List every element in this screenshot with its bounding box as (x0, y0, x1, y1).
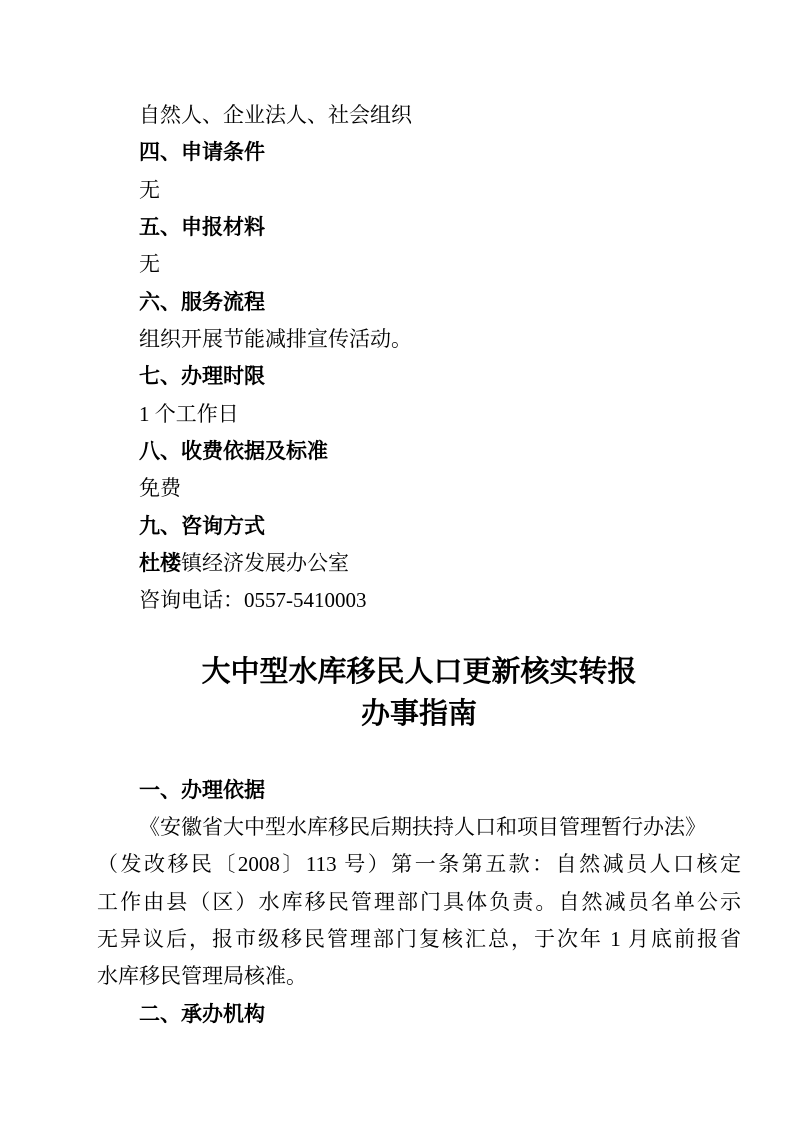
office-rest-name: 镇经济发展办公室 (181, 551, 349, 575)
value-processing-time: 1 个工作日 (97, 396, 741, 433)
value-fee-basis: 免费 (97, 470, 741, 507)
heading-handling-basis: 一、办理依据 (97, 772, 741, 809)
doc-title-line2: 办事指南 (97, 693, 741, 735)
value-application-materials: 无 (97, 246, 741, 283)
heading-fee-basis: 八、收费依据及标准 (97, 433, 741, 470)
value-consultation-phone: 咨询电话：0557-5410003 (97, 582, 741, 619)
doc-title-line1: 大中型水库移民人口更新核实转报 (97, 651, 741, 693)
line-applicant-types: 自然人、企业法人、社会组织 (97, 97, 741, 134)
value-consultation-office: 杜楼镇经济发展办公室 (97, 545, 741, 582)
heading-undertaking-agency: 二、承办机构 (97, 996, 741, 1033)
basis-paragraph-line: 《安徽省大中型水库移民后期扶持人口和项目管理暂行办法》 (97, 809, 741, 846)
doc-title: 大中型水库移民人口更新核实转报 办事指南 (97, 651, 741, 735)
heading-application-conditions: 四、申请条件 (97, 134, 741, 171)
value-service-process: 组织开展节能减排宣传活动。 (97, 321, 741, 358)
heading-service-process: 六、服务流程 (97, 284, 741, 321)
document-page: 自然人、企业法人、社会组织 四、申请条件 无 五、申报材料 无 六、服务流程 组… (0, 0, 793, 1122)
basis-paragraph-line: 工作由县（区）水库移民管理部门具体负责。自然减员名单公示 (97, 884, 741, 921)
basis-paragraph-line: 水库移民管理局核准。 (97, 958, 741, 995)
heading-consultation-method: 九、咨询方式 (97, 508, 741, 545)
basis-paragraph-line: （发改移民〔2008〕113 号）第一条第五款：自然减员人口核定 (97, 846, 741, 883)
basis-paragraph-line: 无异议后，报市级移民管理部门复核汇总，于次年 1 月底前报省 (97, 921, 741, 958)
heading-processing-time: 七、办理时限 (97, 358, 741, 395)
office-town-name: 杜楼 (139, 552, 181, 575)
value-application-conditions: 无 (97, 172, 741, 209)
page-content: 自然人、企业法人、社会组织 四、申请条件 无 五、申报材料 无 六、服务流程 组… (0, 0, 793, 1033)
heading-application-materials: 五、申报材料 (97, 209, 741, 246)
